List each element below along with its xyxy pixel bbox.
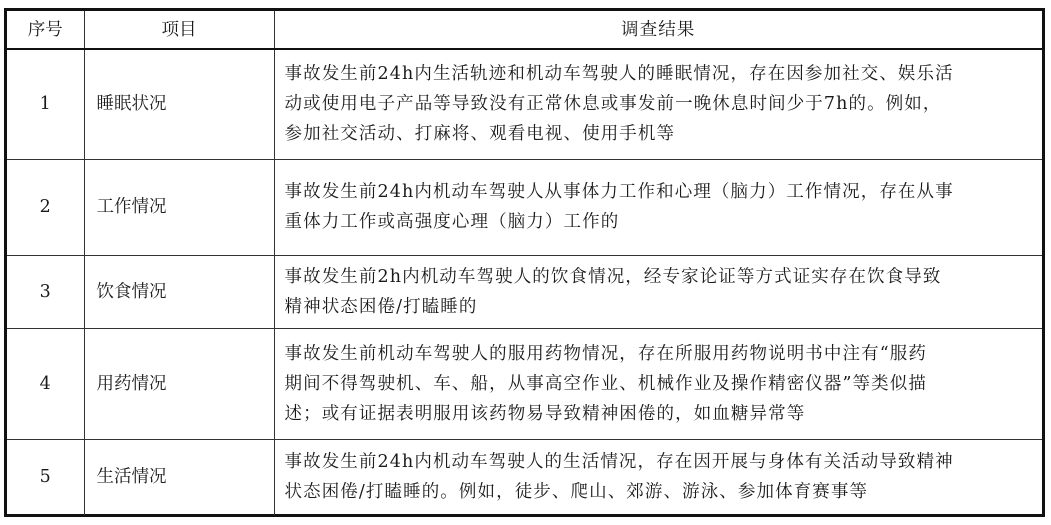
investigation-table-container: 序号 项目 调查结果 1 睡眠状况 事故发生前24h内生活轨迹和机动车驾驶人的睡… [4, 8, 1045, 517]
table-row: 2 工作情况 事故发生前24h内机动车驾驶人从事体力工作和心理（脑力）工作情况，… [7, 159, 1042, 255]
header-item: 项目 [84, 11, 274, 49]
row-number: 5 [7, 439, 84, 515]
result-line: 述；或有证据表明服用该药物易导致精神困倦的，如血糖异常等 [285, 399, 1031, 429]
result-line: 事故发生前机动车驾驶人的服用药物情况，存在所服用药物说明书中注有“服药 [285, 339, 1031, 369]
row-item: 生活情况 [84, 439, 274, 515]
result-line: 精神状态困倦/打瞌睡的 [285, 292, 1031, 322]
header-result: 调查结果 [274, 11, 1042, 49]
result-line: 事故发生前24h内机动车驾驶人的生活情况，存在因开展与身体有关活动导致精神 [285, 447, 1031, 477]
row-item: 工作情况 [84, 159, 274, 255]
row-item: 睡眠状况 [84, 49, 274, 159]
investigation-table: 序号 项目 调查结果 1 睡眠状况 事故发生前24h内生活轨迹和机动车驾驶人的睡… [7, 11, 1042, 515]
result-line: 重体力工作或高强度心理（脑力）工作的 [285, 207, 1031, 237]
result-line: 事故发生前2h内机动车驾驶人的饮食情况，经专家论证等方式证实存在饮食导致 [285, 262, 1031, 292]
table-header-row: 序号 项目 调查结果 [7, 11, 1042, 49]
row-item: 饮食情况 [84, 255, 274, 328]
row-number: 1 [7, 49, 84, 159]
row-item: 用药情况 [84, 328, 274, 439]
result-line: 动或使用电子产品等导致没有正常休息或事发前一晚休息时间少于7h的。例如， [285, 89, 1031, 119]
row-number: 4 [7, 328, 84, 439]
row-result: 事故发生前24h内机动车驾驶人从事体力工作和心理（脑力）工作情况，存在从事 重体… [274, 159, 1042, 255]
row-result: 事故发生前2h内机动车驾驶人的饮食情况，经专家论证等方式证实存在饮食导致 精神状… [274, 255, 1042, 328]
table-row: 1 睡眠状况 事故发生前24h内生活轨迹和机动车驾驶人的睡眠情况，存在因参加社交… [7, 49, 1042, 159]
row-result: 事故发生前24h内机动车驾驶人的生活情况，存在因开展与身体有关活动导致精神 状态… [274, 439, 1042, 515]
header-serial-number: 序号 [7, 11, 84, 49]
row-number: 2 [7, 159, 84, 255]
row-result: 事故发生前机动车驾驶人的服用药物情况，存在所服用药物说明书中注有“服药 期间不得… [274, 328, 1042, 439]
table-row: 3 饮食情况 事故发生前2h内机动车驾驶人的饮食情况，经专家论证等方式证实存在饮… [7, 255, 1042, 328]
result-line: 事故发生前24h内机动车驾驶人从事体力工作和心理（脑力）工作情况，存在从事 [285, 177, 1031, 207]
table-row: 4 用药情况 事故发生前机动车驾驶人的服用药物情况，存在所服用药物说明书中注有“… [7, 328, 1042, 439]
result-line: 事故发生前24h内生活轨迹和机动车驾驶人的睡眠情况，存在因参加社交、娱乐活 [285, 59, 1031, 89]
result-line: 状态困倦/打瞌睡的。例如，徒步、爬山、郊游、游泳、参加体育赛事等 [285, 477, 1031, 507]
result-line: 期间不得驾驶机、车、船，从事高空作业、机械作业及操作精密仪器”等类似描 [285, 369, 1031, 399]
row-result: 事故发生前24h内生活轨迹和机动车驾驶人的睡眠情况，存在因参加社交、娱乐活 动或… [274, 49, 1042, 159]
result-line: 参加社交活动、打麻将、观看电视、使用手机等 [285, 119, 1031, 149]
row-number: 3 [7, 255, 84, 328]
table-row: 5 生活情况 事故发生前24h内机动车驾驶人的生活情况，存在因开展与身体有关活动… [7, 439, 1042, 515]
